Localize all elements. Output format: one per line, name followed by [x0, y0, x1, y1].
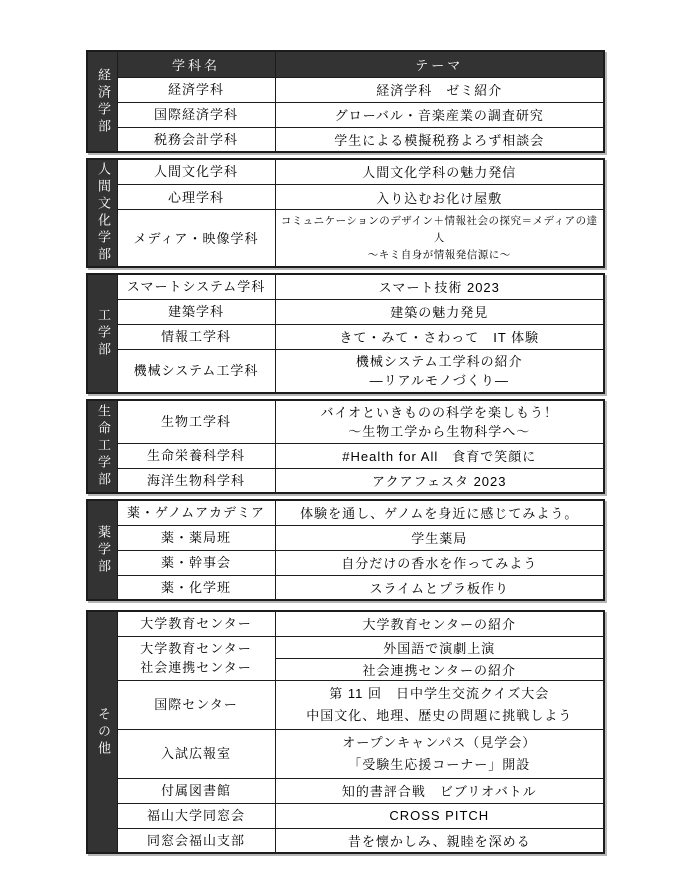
department-cell: 人間文化学科 [117, 159, 275, 184]
faculty-label: その他 [87, 611, 117, 853]
department-line: 入試広報室 [119, 744, 274, 763]
table-row: 薬学部薬・ゲノムアカデミア体験を通し、ゲノムを身近に感じてみよう。 [87, 500, 604, 525]
department-line: 福山大学同窓会 [119, 806, 274, 825]
table-row: 海洋生物科学科アクアフェスタ 2023 [87, 468, 604, 493]
department-line: 薬・化学班 [119, 578, 274, 597]
theme-line: CROSS PITCH [278, 808, 602, 823]
faculty-label: 工学部 [87, 274, 117, 393]
table-row: 税務会計学科学生による模擬税務よろず相談会 [87, 127, 604, 152]
theme-cell: きて・みて・さわって IT 体験 [275, 324, 604, 349]
faculty-label-text: 薬学部 [88, 525, 117, 576]
faculty-label: 生命工学部 [87, 400, 117, 494]
faculty-label: 人間文化学部 [87, 159, 117, 267]
column-header-theme: テーマ [275, 51, 604, 77]
table-row: 薬・薬局班学生薬局 [87, 525, 604, 550]
department-cell: 海洋生物科学科 [117, 468, 275, 493]
theme-line: 学生薬局 [278, 528, 602, 547]
table-row: 大学教育センター社会連携センター外国語で演劇上演 [87, 636, 604, 658]
theme-cell: グローバル・音楽産業の調査研究 [275, 102, 604, 127]
theme-cell: コミュニケーションのデザイン＋情報社会の探究＝メディアの達人～キミ自身が情報発信… [275, 210, 604, 267]
theme-line: 建築の魅力発見 [278, 302, 602, 321]
open-campus-theme-table: 経済学部学科名テーマ経済学科経済学科 ゼミ紹介国際経済学科グローバル・音楽産業の… [86, 50, 605, 859]
theme-cell: 体験を通し、ゲノムを身近に感じてみよう。 [275, 500, 604, 525]
theme-line: 体験を通し、ゲノムを身近に感じてみよう。 [278, 503, 602, 522]
faculty-section: 生命工学部生物工学科バイオといきものの科学を楽しもう！～生物工学から生物科学へ～… [86, 399, 605, 495]
department-cell: 建築学科 [117, 299, 275, 324]
department-line: 心理学科 [119, 188, 274, 207]
theme-cell: 学生による模擬税務よろず相談会 [275, 127, 604, 152]
faculty-label-text: 人間文化学部 [88, 162, 117, 264]
theme-line: 昔を懐かしみ、親睦を深める [278, 831, 602, 850]
theme-line: バイオといきものの科学を楽しもう！ [278, 403, 602, 422]
theme-line: スライムとプラ板作り [278, 578, 602, 597]
table-row: 国際経済学科グローバル・音楽産業の調査研究 [87, 102, 604, 127]
faculty-label-text: 工学部 [88, 308, 117, 359]
department-line: 薬・幹事会 [119, 553, 274, 572]
department-cell: 薬・化学班 [117, 575, 275, 600]
theme-line: 人間文化学科の魅力発信 [278, 162, 602, 181]
theme-line: 学生による模擬税務よろず相談会 [278, 130, 602, 149]
theme-line: アクアフェスタ 2023 [278, 471, 602, 490]
theme-cell: 自分だけの香水を作ってみよう [275, 550, 604, 575]
department-cell: 情報工学科 [117, 324, 275, 349]
theme-line: オープンキャンパス（見学会） [278, 732, 602, 754]
theme-line: 「受験生応援コーナー」開設 [278, 754, 602, 776]
faculty-section: その他大学教育センター大学教育センターの紹介大学教育センター社会連携センター外国… [86, 610, 605, 854]
theme-line: 第 11 回 日中学生交流クイズ大会 [278, 683, 602, 705]
department-cell: 入試広報室 [117, 729, 275, 778]
department-cell: 国際センター [117, 680, 275, 729]
theme-line: ―リアルモノづくり― [278, 371, 602, 390]
table-row: 生命栄養科学科#Health for All 食育で笑顔に [87, 443, 604, 468]
theme-line: グローバル・音楽産業の調査研究 [278, 105, 602, 124]
theme-cell: 社会連携センターの紹介 [275, 658, 604, 680]
theme-cell: 大学教育センターの紹介 [275, 611, 604, 636]
department-cell: 国際経済学科 [117, 102, 275, 127]
faculty-section: 薬学部薬・ゲノムアカデミア体験を通し、ゲノムを身近に感じてみよう。薬・薬局班学生… [86, 499, 605, 601]
department-line: 建築学科 [119, 302, 274, 321]
department-line: 付属図書館 [119, 781, 274, 800]
table-row: 情報工学科きて・みて・さわって IT 体験 [87, 324, 604, 349]
department-cell: 機械システム工学科 [117, 349, 275, 393]
header-row: 経済学部学科名テーマ [87, 51, 604, 77]
table-row: 人間文化学部人間文化学科人間文化学科の魅力発信 [87, 159, 604, 184]
department-line: 機械システム工学科 [119, 361, 274, 380]
theme-line: #Health for All 食育で笑顔に [278, 446, 602, 465]
department-line: 国際経済学科 [119, 105, 274, 124]
theme-cell: 知的書評合戦 ビブリオバトル [275, 778, 604, 803]
theme-cell: スマート技術 2023 [275, 274, 604, 299]
department-cell: 大学教育センター [117, 611, 275, 636]
department-line: 生命栄養科学科 [119, 446, 274, 465]
theme-cell: オープンキャンパス（見学会）「受験生応援コーナー」開設 [275, 729, 604, 778]
faculty-section: 経済学部学科名テーマ経済学科経済学科 ゼミ紹介国際経済学科グローバル・音楽産業の… [86, 50, 605, 153]
theme-cell: アクアフェスタ 2023 [275, 468, 604, 493]
department-cell: メディア・映像学科 [117, 210, 275, 267]
table-row: 同窓会福山支部昔を懐かしみ、親睦を深める [87, 828, 604, 853]
department-line: 生物工学科 [119, 412, 274, 431]
department-line: 海洋生物科学科 [119, 471, 274, 490]
theme-line: 入り込むお化け屋敷 [278, 188, 602, 207]
theme-line: 社会連携センターの紹介 [278, 660, 602, 679]
department-cell: 同窓会福山支部 [117, 828, 275, 853]
department-line: 税務会計学科 [119, 130, 274, 149]
theme-line: きて・みて・さわって IT 体験 [278, 327, 602, 346]
theme-line: 外国語で演劇上演 [278, 638, 602, 657]
faculty-section: 工学部スマートシステム学科スマート技術 2023建築学科建築の魅力発見情報工学科… [86, 273, 605, 394]
theme-cell: 昔を懐かしみ、親睦を深める [275, 828, 604, 853]
table-row: 心理学科入り込むお化け屋敷 [87, 184, 604, 209]
theme-line: 機械システム工学科の紹介 [278, 352, 602, 371]
department-cell: 薬・ゲノムアカデミア [117, 500, 275, 525]
theme-line: 大学教育センターの紹介 [278, 614, 602, 633]
department-cell: 経済学科 [117, 77, 275, 102]
table-row: 福山大学同窓会CROSS PITCH [87, 803, 604, 828]
department-cell: 薬・幹事会 [117, 550, 275, 575]
theme-cell: スライムとプラ板作り [275, 575, 604, 600]
department-cell: 付属図書館 [117, 778, 275, 803]
faculty-label-text: 生命工学部 [88, 404, 117, 489]
department-cell: 生物工学科 [117, 400, 275, 444]
faculty-section: 人間文化学部人間文化学科人間文化学科の魅力発信心理学科入り込むお化け屋敷メディア… [86, 158, 605, 268]
theme-line: 知的書評合戦 ビブリオバトル [278, 781, 602, 800]
faculty-label-text: 経済学部 [88, 68, 117, 136]
table-row: その他大学教育センター大学教育センターの紹介 [87, 611, 604, 636]
department-cell: スマートシステム学科 [117, 274, 275, 299]
theme-cell: 機械システム工学科の紹介―リアルモノづくり― [275, 349, 604, 393]
table-row: 生命工学部生物工学科バイオといきものの科学を楽しもう！～生物工学から生物科学へ～ [87, 400, 604, 444]
theme-cell: 経済学科 ゼミ紹介 [275, 77, 604, 102]
department-line: 情報工学科 [119, 327, 274, 346]
theme-line: ～キミ自身が情報発信源に～ [278, 247, 602, 264]
theme-cell: 外国語で演劇上演 [275, 636, 604, 658]
table-row: 入試広報室オープンキャンパス（見学会）「受験生応援コーナー」開設 [87, 729, 604, 778]
table-row: 付属図書館知的書評合戦 ビブリオバトル [87, 778, 604, 803]
department-line: 大学教育センター [119, 614, 274, 633]
faculty-label-text: その他 [88, 707, 117, 758]
theme-cell: #Health for All 食育で笑顔に [275, 443, 604, 468]
table-row: 国際センター第 11 回 日中学生交流クイズ大会中国文化、地理、歴史の問題に挑戦… [87, 680, 604, 729]
theme-cell: 建築の魅力発見 [275, 299, 604, 324]
department-line: 社会連携センター [119, 658, 274, 677]
theme-cell: 第 11 回 日中学生交流クイズ大会中国文化、地理、歴史の問題に挑戦しよう [275, 680, 604, 729]
department-line: 国際センター [119, 695, 274, 714]
department-cell: 大学教育センター社会連携センター [117, 636, 275, 680]
department-line: 薬・ゲノムアカデミア [119, 503, 274, 522]
department-cell: 生命栄養科学科 [117, 443, 275, 468]
theme-line: コミュニケーションのデザイン＋情報社会の探究＝メディアの達人 [278, 213, 602, 247]
department-line: 薬・薬局班 [119, 528, 274, 547]
department-cell: 税務会計学科 [117, 127, 275, 152]
theme-cell: 学生薬局 [275, 525, 604, 550]
theme-cell: CROSS PITCH [275, 803, 604, 828]
table-row: 建築学科建築の魅力発見 [87, 299, 604, 324]
department-line: 同窓会福山支部 [119, 831, 274, 850]
table-row: 薬・化学班スライムとプラ板作り [87, 575, 604, 600]
theme-line: 中国文化、地理、歴史の問題に挑戦しよう [278, 705, 602, 727]
department-cell: 心理学科 [117, 184, 275, 209]
department-line: 大学教育センター [119, 639, 274, 658]
theme-line: ～生物工学から生物科学へ～ [278, 422, 602, 441]
department-cell: 薬・薬局班 [117, 525, 275, 550]
department-line: メディア・映像学科 [119, 229, 274, 248]
theme-cell: 人間文化学科の魅力発信 [275, 159, 604, 184]
table-row: 経済学科経済学科 ゼミ紹介 [87, 77, 604, 102]
faculty-label: 経済学部 [87, 51, 117, 152]
faculty-label: 薬学部 [87, 500, 117, 600]
department-cell: 福山大学同窓会 [117, 803, 275, 828]
theme-cell: バイオといきものの科学を楽しもう！～生物工学から生物科学へ～ [275, 400, 604, 444]
department-line: 人間文化学科 [119, 162, 274, 181]
department-line: スマートシステム学科 [119, 277, 274, 296]
table-row: メディア・映像学科コミュニケーションのデザイン＋情報社会の探究＝メディアの達人～… [87, 210, 604, 267]
table-row: 工学部スマートシステム学科スマート技術 2023 [87, 274, 604, 299]
column-header-department: 学科名 [117, 51, 275, 77]
department-line: 経済学科 [119, 80, 274, 99]
table-row: 機械システム工学科機械システム工学科の紹介―リアルモノづくり― [87, 349, 604, 393]
table-row: 薬・幹事会自分だけの香水を作ってみよう [87, 550, 604, 575]
theme-line: スマート技術 2023 [278, 277, 602, 296]
theme-line: 自分だけの香水を作ってみよう [278, 553, 602, 572]
theme-cell: 入り込むお化け屋敷 [275, 184, 604, 209]
theme-line: 経済学科 ゼミ紹介 [278, 80, 602, 99]
